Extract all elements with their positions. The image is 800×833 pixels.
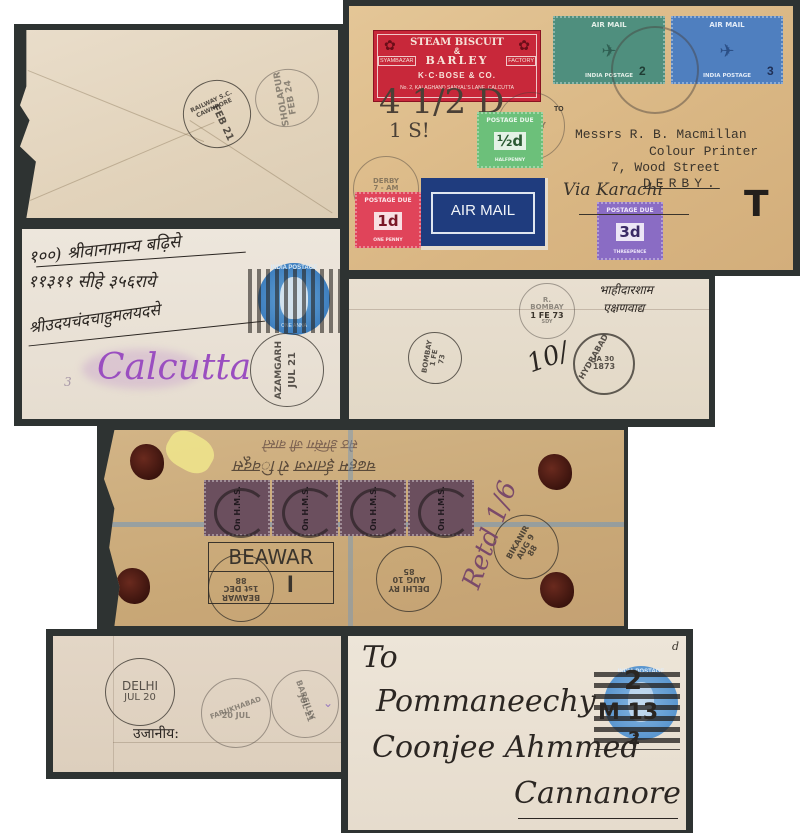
postmark-hyderabad: HYDRABAD JA 30 1873 [573, 333, 635, 395]
address-town: Cannanore [514, 776, 681, 811]
address-name: Pommaneechy [376, 684, 596, 719]
manuscript: उजानीय: [133, 724, 179, 743]
airmail-etiquette-text: AIR MAIL [431, 202, 535, 219]
address-line-3: 7, Wood Street [611, 160, 720, 175]
wax-seal [116, 568, 150, 604]
postmark-bombay-gpo: BOMBAY 1 FE 73 [404, 328, 466, 389]
postmark-delhi-ry: DELHI RY AUG 10 85 [376, 546, 442, 612]
stamp-value-3: 3 [767, 64, 774, 78]
registration-number: I [287, 571, 294, 599]
via-karachi: Via Karachi [563, 180, 663, 200]
manuscript-line-3: श्रीउदयचंदचाहुमलयदसे [27, 298, 161, 338]
cover-5: सेठ डेग्सिंग जी वास्ते चढहम ईतारज रो िवद… [104, 430, 624, 626]
manuscript-line-1: भाहीदारशाम [599, 281, 653, 298]
on-hms-stamp: On H.M.S. [272, 480, 338, 536]
postmark-bombay-r: R. BOMBAY 1 FE 73 SDY [519, 283, 575, 339]
town-underline [518, 818, 678, 819]
address-line-2: Colour Printer [649, 144, 758, 159]
label-left: SYAMBAZAR [378, 56, 416, 66]
wax-seal [130, 444, 164, 480]
corner-mark: d [672, 640, 679, 653]
manuscript-top: सेठ डेग्सिंग जी वास्ते [264, 436, 359, 454]
postage-due-threepence: POSTAGE DUE 3d THREEPENCE [597, 202, 663, 260]
label-company: K·C·BOSE & CO. [374, 71, 540, 80]
cover-6: DELHI JUL 20 उजानीय: FARUKHABAD 20 JUL B… [53, 636, 343, 772]
postmark-beawar: BEAWAR 1st DEC 88 [208, 554, 274, 622]
cover-4: R. BOMBAY 1 FE 73 SDY भाहीदारशाम एक्षणवा… [349, 279, 709, 419]
manuscript-line-2: एक्षणवाद्य [603, 299, 644, 316]
wax-seal [540, 572, 574, 608]
wax-seal [538, 454, 572, 490]
obliterator-mid: M 13 [598, 700, 658, 725]
postmark-delhi: DELHI JUL 20 [105, 658, 175, 726]
cover-2: १००) श्रीवानामान्य बढ़िसे ११३११ सीहे ३५६… [22, 229, 340, 419]
postmark-railway-cawnpore: RAILWAY S.C. CAWNPORE FEB 21 [172, 69, 262, 159]
manuscript-line-2: ११३११ सीहे ३५६राये [28, 269, 156, 292]
manuscript-mark: 10/ [523, 337, 573, 380]
address-name-2: Coonjee Ahmmed [372, 730, 640, 765]
postage-due-halfpenny: POSTAGE DUE ½d HALFPENNY [477, 112, 543, 168]
derby-to: TO [554, 106, 564, 113]
violet-mark: ⌄ [323, 696, 337, 708]
flap-line [28, 70, 205, 142]
bar-obliterator [248, 269, 340, 333]
airmail-etiquette: AIR MAIL [421, 178, 548, 250]
cover-3: ✿ ✿ STEAM BISCUIT & BARLEY SYAMBAZAR FAC… [349, 6, 793, 270]
tax-mark-t: T [744, 184, 769, 225]
manuscript-line2: चढहम ईतारज रो िवदूस [234, 456, 378, 478]
address-line-1: Messrs R. B. Macmillan [575, 127, 747, 142]
obliterator-top: 2 [624, 666, 642, 696]
small-note: 3 [64, 375, 72, 389]
address-to: To [362, 640, 398, 675]
obliterator-mark [350, 488, 404, 538]
postmark-azamgarh: AZAMGARH JUL 21 [250, 333, 324, 407]
cover-1: RAILWAY S.C. CAWNPORE FEB 21 SHOLAPUR FE… [20, 30, 338, 218]
postage-due-penny: POSTAGE DUE 1d ONE PENNY [355, 192, 421, 248]
airplane-icon: ✈ [719, 41, 734, 62]
manuscript-sub: 1 S! [389, 118, 430, 142]
obliterator-mark [418, 488, 472, 538]
on-hms-stamp: On H.M.S. [340, 480, 406, 536]
cover-7: d INDIA POSTAGE 2 M 13 2 To Pommaneechy … [348, 636, 686, 830]
postmark-farukhabad: FARUKHABAD 20 JUL [201, 678, 271, 748]
yellow-wax-smear [160, 430, 220, 480]
label-right: FACTORY [506, 56, 536, 66]
on-hms-stamp: On H.M.S. [204, 480, 270, 536]
flap-line [30, 122, 214, 201]
postmark-cds-karachi [611, 26, 699, 114]
obliterator-mark [282, 488, 336, 538]
on-hms-stamp: On H.M.S. [408, 480, 474, 536]
obliterator-mark [214, 488, 268, 538]
violet-manuscript-calcutta: Calcutta [97, 347, 251, 388]
via-underline [579, 214, 689, 215]
postmark-sholapur: SHOLAPUR FEB 24 [250, 64, 323, 132]
